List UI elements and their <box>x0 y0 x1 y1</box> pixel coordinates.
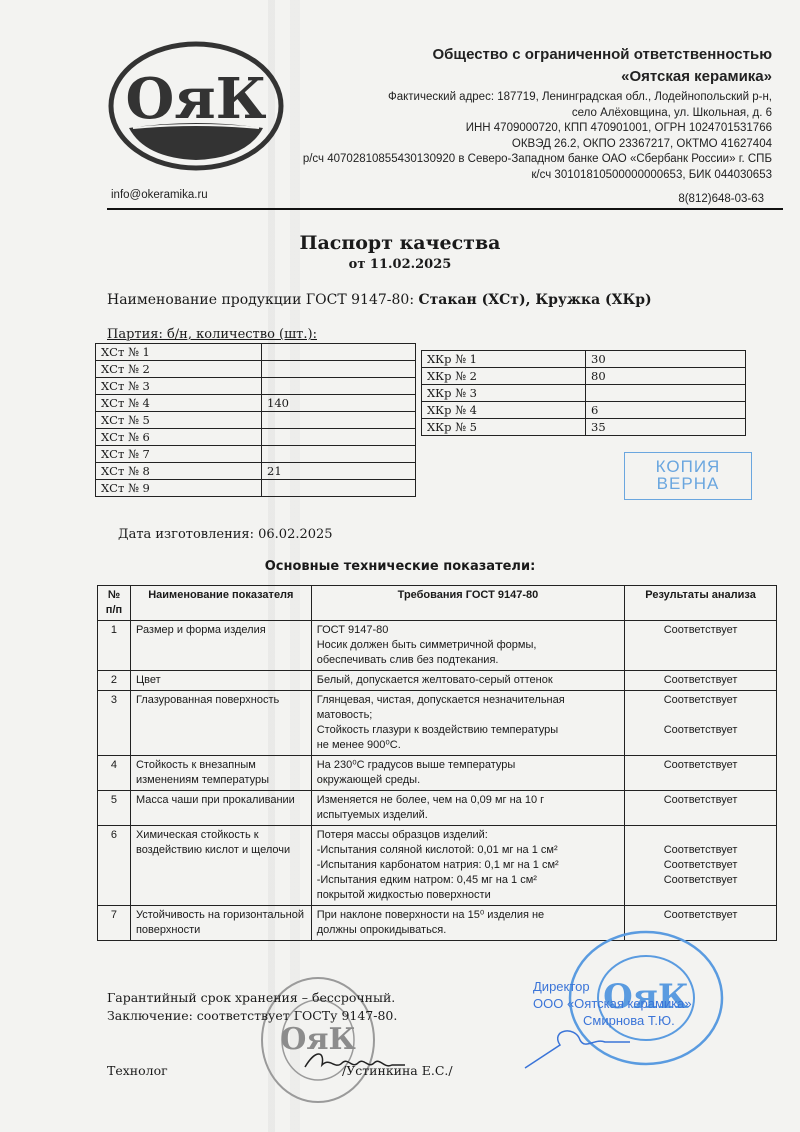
indicator-name: Химическая стойкость к воздействию кисло… <box>130 826 311 906</box>
company-name: «Оятская керамика» <box>303 66 772 88</box>
result: Соответствует <box>625 756 777 791</box>
company-info: Общество с ограниченной ответственностью… <box>303 44 772 183</box>
result: СоответствуетСоответствуетСоответствует <box>625 826 777 906</box>
address-line-2: село Алёховщина, ул. Школьная, д. 6 <box>303 106 772 122</box>
row-number: 7 <box>98 906 131 941</box>
row-number: 5 <box>98 791 131 826</box>
company-email: info@okeramika.ru <box>111 189 208 201</box>
product-value: Стакан (ХСт), Кружка (ХКр) <box>418 292 651 308</box>
copy-certified-stamp: КОПИЯ ВЕРНА <box>624 452 752 500</box>
table-row: ХКр № 46 <box>422 402 746 419</box>
table-row: 1Размер и форма изделияГОСТ 9147-80Носик… <box>98 621 777 671</box>
table-row: ХСт № 7 <box>96 446 416 463</box>
tech-section-title: Основные технические показатели: <box>0 559 800 574</box>
party-info: Партия: б/н, количество (шт.): <box>107 327 317 342</box>
row-number: 4 <box>98 756 131 791</box>
table-header-row: № п/п Наименование показателя Требования… <box>98 586 777 621</box>
table-row: 6Химическая стойкость к воздействию кисл… <box>98 826 777 906</box>
director-company: ООО «Оятская керамика» <box>533 995 692 1012</box>
indicator-name: Устойчивость на горизонтальной поверхнос… <box>130 906 311 941</box>
quantity-table-cups: ХСт № 1 ХСт № 2 ХСт № 3 ХСт № 4140 ХСт №… <box>95 343 416 497</box>
indicator-name: Масса чаши при прокаливании <box>130 791 311 826</box>
table-row: ХСт № 821 <box>96 463 416 480</box>
company-phone: 8(812)648-03-63 <box>678 193 764 205</box>
technolog-name: /Устинкина Е.С./ <box>342 1063 453 1078</box>
header-results: Результаты анализа <box>625 586 777 621</box>
address-line-1: Фактический адрес: 187719, Ленинградская… <box>303 90 772 106</box>
table-row: ХСт № 5 <box>96 412 416 429</box>
table-row: 4Стойкость к внезапным изменениям темпер… <box>98 756 777 791</box>
indicator-name: Размер и форма изделия <box>130 621 311 671</box>
company-logo: ОяК <box>107 40 285 172</box>
director-signature <box>520 1020 640 1070</box>
technical-indicators-table: № п/п Наименование показателя Требования… <box>97 585 777 941</box>
header-number: № п/п <box>98 586 131 621</box>
header-divider <box>107 208 783 210</box>
table-row: 2ЦветБелый, допускается желтовато-серый … <box>98 671 777 691</box>
result: Соответствует <box>625 621 777 671</box>
table-row: ХСт № 4140 <box>96 395 416 412</box>
guarantee-text: Гарантийный срок хранения – бессрочный. <box>107 989 397 1007</box>
requirement: ГОСТ 9147-80Носик должен быть симметричн… <box>311 621 624 671</box>
header-requirements: Требования ГОСТ 9147-80 <box>311 586 624 621</box>
document-title: Паспорт качества <box>0 232 800 254</box>
header-indicator: Наименование показателя <box>130 586 311 621</box>
manufacture-date: Дата изготовления: 06.02.2025 <box>118 527 333 542</box>
result: Соответствует <box>625 791 777 826</box>
row-number: 1 <box>98 621 131 671</box>
indicator-name: Цвет <box>130 671 311 691</box>
row-number: 6 <box>98 826 131 906</box>
logo-text: ОяК <box>125 66 266 132</box>
product-label: Наименование продукции ГОСТ 9147-80: <box>107 292 418 308</box>
table-row: 5Масса чаши при прокаливанииИзменяется н… <box>98 791 777 826</box>
guarantee-block: Гарантийный срок хранения – бессрочный. … <box>107 989 397 1025</box>
table-row: ХСт № 6 <box>96 429 416 446</box>
result: Соответствует <box>625 671 777 691</box>
table-row: ХКр № 3 <box>422 385 746 402</box>
row-number: 2 <box>98 671 131 691</box>
table-row: ХКр № 130 <box>422 351 746 368</box>
company-form: Общество с ограниченной ответственностью <box>303 44 772 66</box>
quantity-table-mugs: ХКр № 130 ХКр № 280 ХКр № 3 ХКр № 46 ХКр… <box>421 350 746 436</box>
requirement: Глянцевая, чистая, допускается незначите… <box>311 691 624 756</box>
requirement: Белый, допускается желтовато-серый оттен… <box>311 671 624 691</box>
table-row: ХСт № 9 <box>96 480 416 497</box>
registration-line-2: ОКВЭД 26.2, ОКПО 23367217, ОКТМО 4162740… <box>303 137 772 153</box>
bank-line-1: р/сч 40702810855430130920 в Северо-Запад… <box>303 152 772 168</box>
director-title: Директор <box>533 978 692 995</box>
indicator-name: Глазурованная поверхность <box>130 691 311 756</box>
table-row: ХКр № 535 <box>422 419 746 436</box>
result: СоответствуетСоответствует <box>625 691 777 756</box>
bank-line-2: к/сч 30101810500000000653, БИК 044030653 <box>303 168 772 184</box>
table-row: ХСт № 3 <box>96 378 416 395</box>
requirement: На 230⁰С градусов выше температурыокружа… <box>311 756 624 791</box>
requirement: Изменяется не более, чем на 0,09 мг на 1… <box>311 791 624 826</box>
indicator-name: Стойкость к внезапным изменениям темпера… <box>130 756 311 791</box>
row-number: 3 <box>98 691 131 756</box>
table-row: ХКр № 280 <box>422 368 746 385</box>
table-row: ХСт № 1 <box>96 344 416 361</box>
product-name: Наименование продукции ГОСТ 9147-80: Ста… <box>107 292 652 308</box>
registration-line-1: ИНН 4709000720, КПП 470901001, ОГРН 1024… <box>303 121 772 137</box>
conclusion-text: Заключение: соответствует ГОСТу 9147-80. <box>107 1007 397 1025</box>
table-row: ХСт № 2 <box>96 361 416 378</box>
requirement: Потеря массы образцов изделий:-Испытания… <box>311 826 624 906</box>
document-date: от 11.02.2025 <box>0 257 800 272</box>
table-row: 3Глазурованная поверхностьГлянцевая, чис… <box>98 691 777 756</box>
technolog-label: Технолог <box>107 1063 168 1078</box>
